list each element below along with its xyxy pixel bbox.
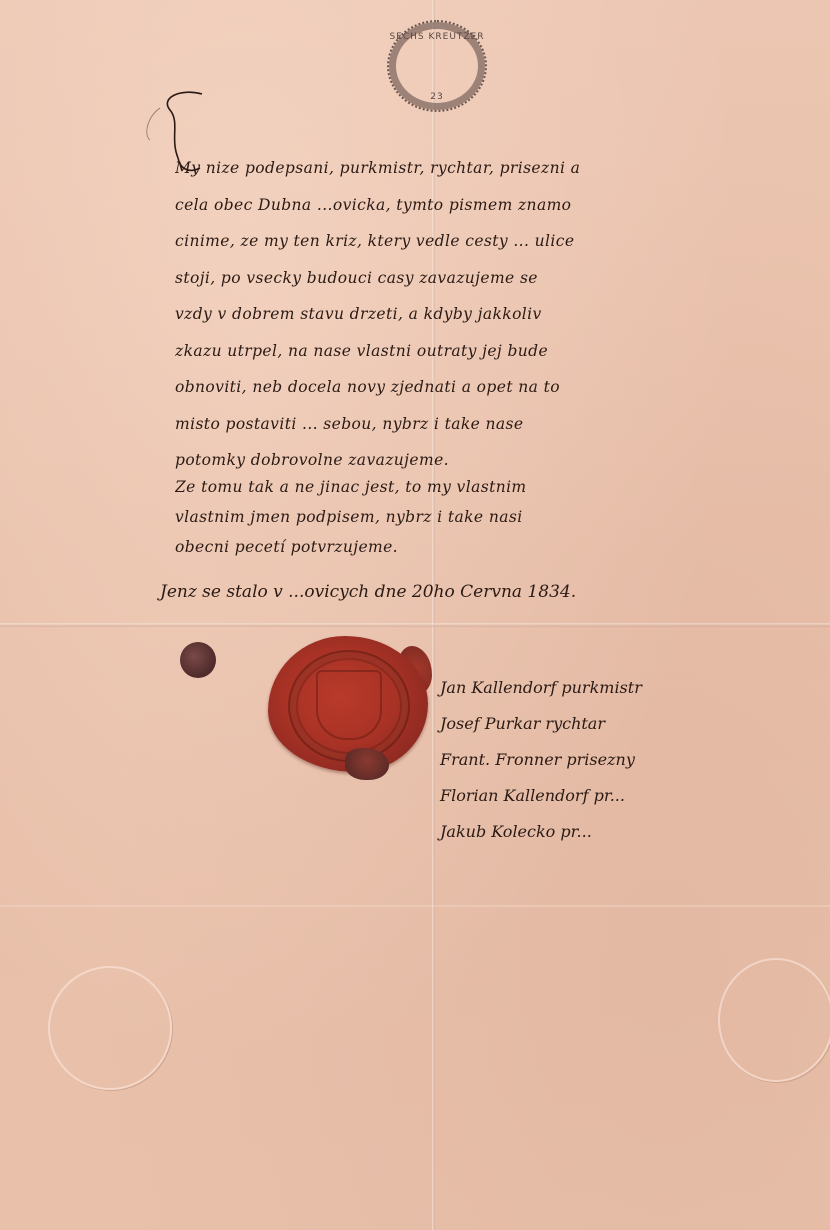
signature-line: Jakub Kolecko pr... (440, 814, 820, 850)
embossed-stamp-left-icon (48, 966, 172, 1090)
signature-line: Frant. Fronner prisezny (440, 742, 820, 778)
text-line: cinime, ze my ten kriz, ktery vedle cest… (175, 223, 820, 260)
text-line: Ze tomu tak a ne jinac jest, to my vlast… (175, 472, 820, 502)
stamp-bottom-text: 23 (389, 92, 485, 102)
small-wax-drop (180, 642, 216, 678)
signatures-block: Jan Kallendorf purkmistr Josef Purkar ry… (440, 670, 820, 850)
text-line: vzdy v dobrem stavu drzeti, a kdyby jakk… (175, 296, 820, 333)
dateline: Jenz se stalo v ...ovicych dne 20ho Cerv… (160, 582, 830, 602)
text-line: vlastnim jmen podpisem, nybrz i take nas… (175, 502, 820, 532)
wax-drip (345, 748, 389, 780)
lower-fold-line (0, 905, 830, 907)
text-line: obecni pecetí potvrzujeme. (175, 532, 820, 562)
text-line: My nize podepsani, purkmistr, rychtar, p… (175, 150, 820, 187)
text-line: obnoviti, neb docela novy zjednati a ope… (175, 369, 820, 406)
signature-line: Josef Purkar rychtar (440, 706, 820, 742)
signature-line: Jan Kallendorf purkmistr (440, 670, 820, 706)
attestation-paragraph: Ze tomu tak a ne jinac jest, to my vlast… (175, 472, 820, 562)
horizontal-fold-line (0, 623, 830, 627)
text-line: zkazu utrpel, na nase vlastni outraty je… (175, 333, 820, 370)
text-line: stoji, po vsecky budouci casy zavazujeme… (175, 260, 820, 297)
stamp-top-text: SECHS KREUTZER (389, 32, 485, 42)
seal-emblem-icon (316, 670, 382, 740)
main-paragraph: My nize podepsani, purkmistr, rychtar, p… (175, 150, 820, 479)
text-line: misto postaviti ... sebou, nybrz i take … (175, 406, 820, 443)
embossed-stamp-right-icon (718, 958, 830, 1082)
text-line: cela obec Dubna ...ovicka, tymto pismem … (175, 187, 820, 224)
signature-line: Florian Kallendorf pr... (440, 778, 820, 814)
revenue-stamp-icon: SECHS KREUTZER 23 (387, 20, 487, 112)
document-sheet: SECHS KREUTZER 23 My nize podepsani, pur… (0, 0, 830, 1230)
